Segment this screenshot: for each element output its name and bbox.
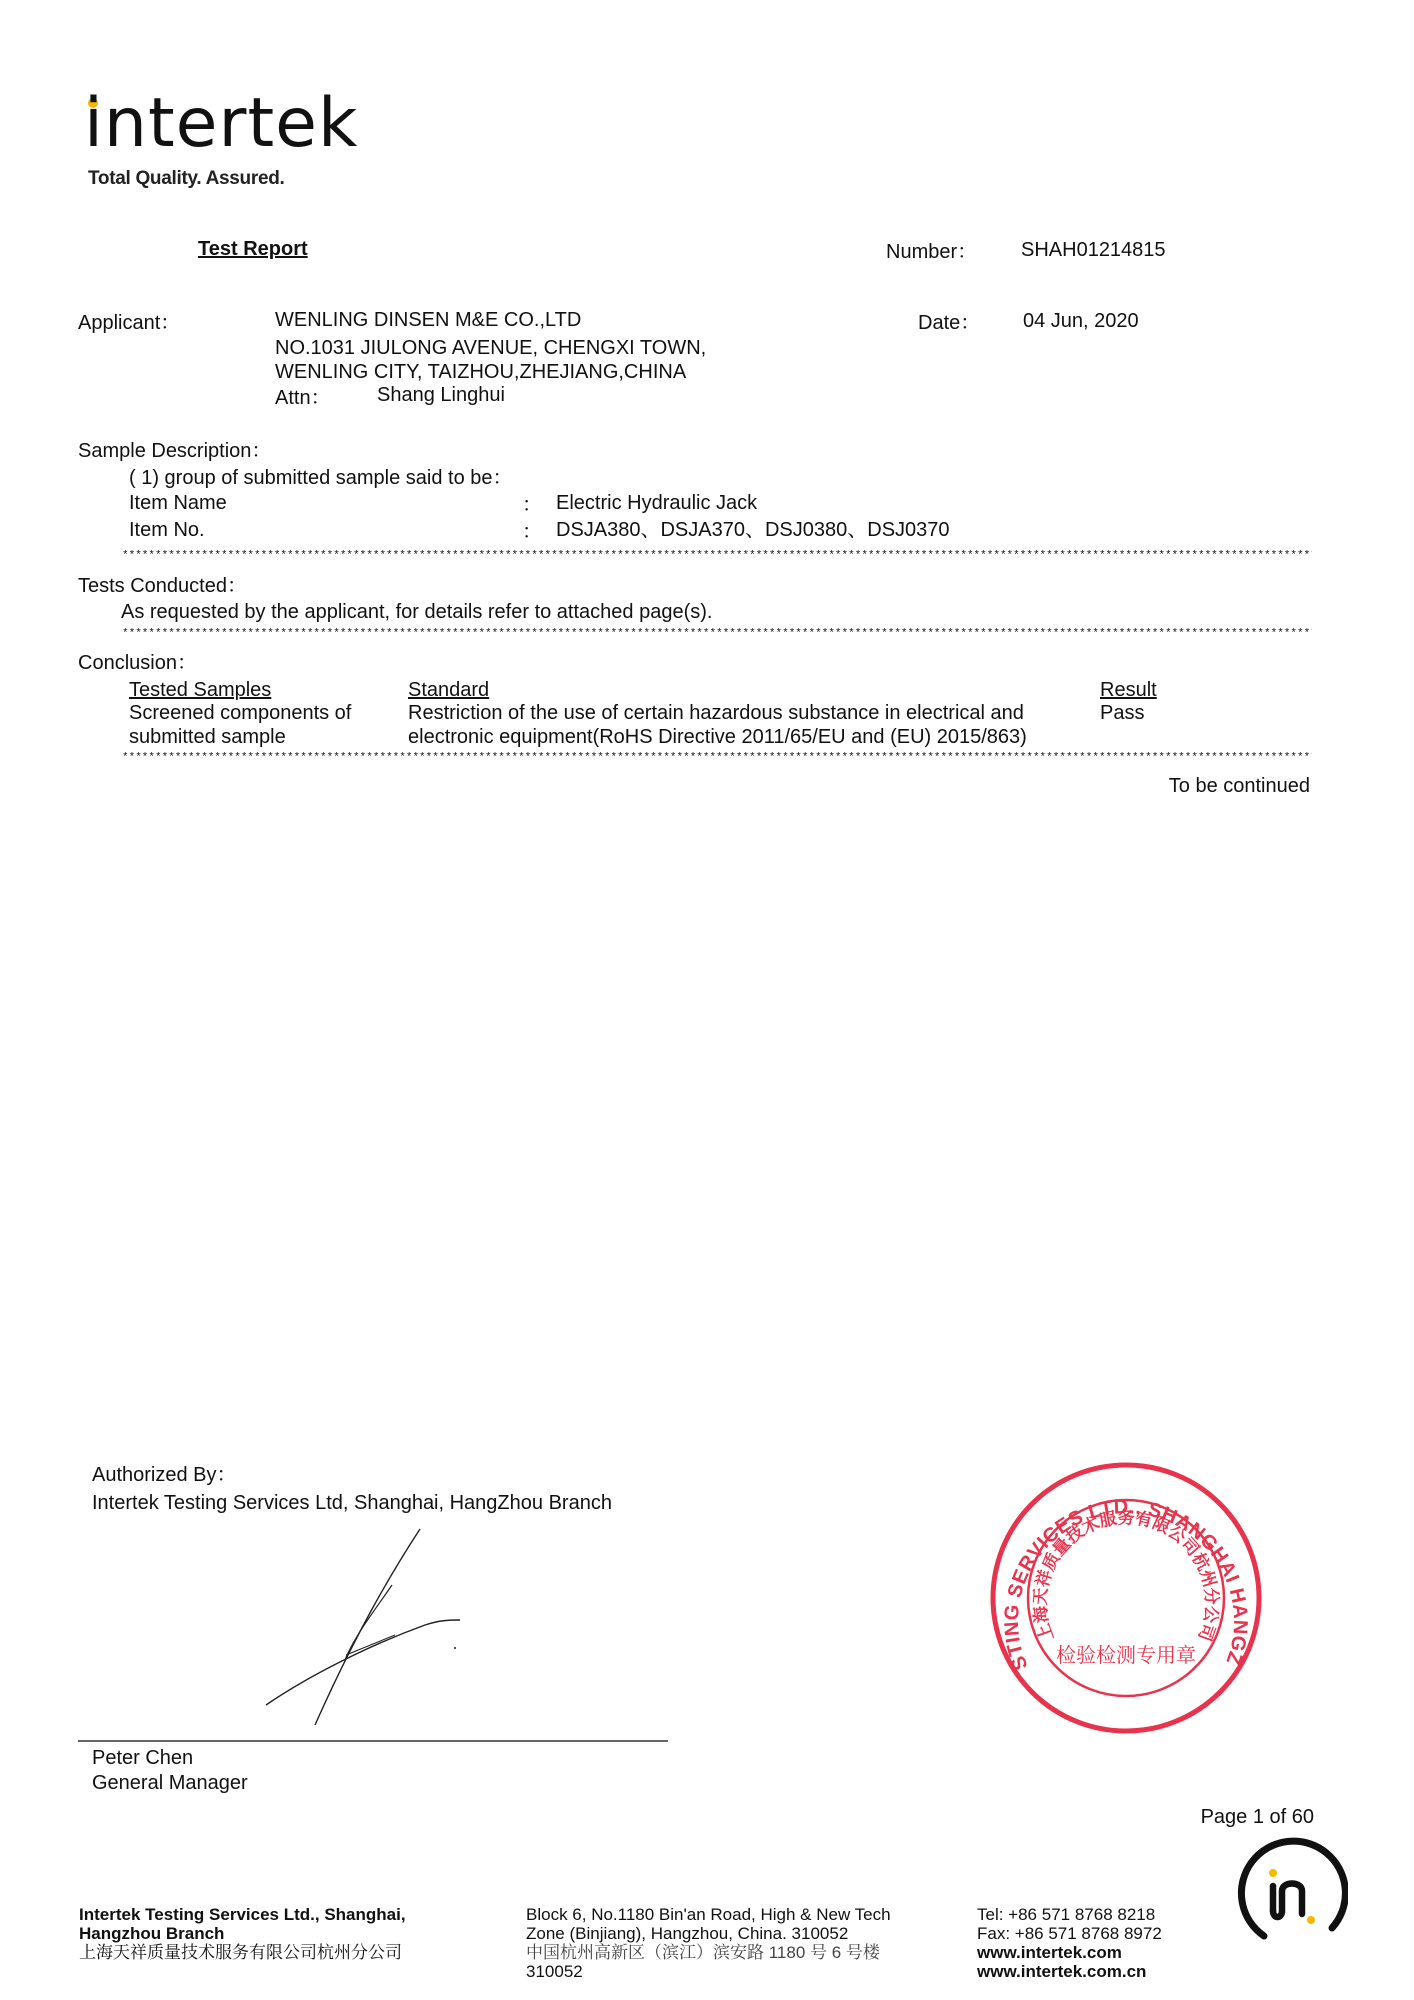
result-value: Pass	[1100, 701, 1144, 725]
col-header-result: Result	[1100, 678, 1157, 702]
company-seal-stamp: INTERTEK TESTING SERVICES LTD., SHANGHAI…	[990, 1462, 1262, 1734]
sample-intro: ( 1) group of submitted sample said to b…	[129, 466, 513, 490]
col-header-standard: Standard	[408, 678, 489, 702]
applicant-address-1: NO.1031 JIULONG AVENUE, CHENGXI TOWN,	[275, 336, 706, 360]
item-name-label: Item Name	[129, 491, 227, 515]
applicant-address-2: WENLING CITY, TAIZHOU,ZHEJIANG,CHINA	[275, 360, 686, 384]
conclusion-label: Conclusion：	[78, 651, 197, 675]
sample-description-label: Sample Description：	[78, 439, 271, 463]
separator: ****************************************…	[122, 550, 1312, 562]
footer-address-cn: 中国杭州高新区（滨江）滨安路 1180 号 6 号楼	[526, 1943, 880, 1962]
report-date: 04 Jun, 2020	[1023, 309, 1139, 333]
signatory-name: Peter Chen	[92, 1746, 193, 1770]
logo-tagline: Total Quality. Assured.	[88, 168, 285, 190]
footer-tel: Tel: +86 571 8768 8218	[977, 1905, 1155, 1924]
tests-conducted-label: Tests Conducted：	[78, 574, 247, 598]
intertek-circle-logo-icon	[1234, 1836, 1348, 1950]
item-no-label: Item No.	[129, 518, 205, 542]
intertek-logo: intertek	[84, 88, 358, 160]
separator: ****************************************…	[122, 752, 1312, 764]
footer-company-cn: 上海天祥质量技术服务有限公司杭州分公司	[79, 1943, 402, 1962]
col-header-tested-samples: Tested Samples	[129, 678, 271, 702]
attn-label: Attn：	[275, 386, 331, 410]
item-no-value: DSJA380、DSJA370、DSJ0380、DSJ0370	[556, 518, 950, 542]
applicant-company: WENLING DINSEN M&E CO.,LTD	[275, 308, 581, 332]
to-be-continued: To be continued	[1169, 774, 1310, 798]
number-label: Number：	[886, 240, 977, 264]
report-number: SHAH01214815	[1021, 238, 1166, 262]
tested-sample-line-2: submitted sample	[129, 725, 286, 749]
footer-website-cn[interactable]: www.intertek.com.cn	[977, 1962, 1146, 1981]
item-name-sep: ：	[522, 493, 542, 517]
page-title: Test Report	[198, 238, 308, 261]
footer-company-line-2: Hangzhou Branch	[79, 1924, 224, 1943]
page-number: Page 1 of 60	[1201, 1805, 1314, 1829]
footer-fax: Fax: +86 571 8768 8972	[977, 1924, 1162, 1943]
footer-address-line-1: Block 6, No.1180 Bin'an Road, High & New…	[526, 1905, 891, 1924]
footer-company-line-1: Intertek Testing Services Ltd., Shanghai…	[79, 1905, 406, 1924]
svg-text:检验检测专用章: 检验检测专用章	[1056, 1643, 1196, 1667]
attn-value: Shang Linghui	[377, 383, 505, 407]
standard-line-1: Restriction of the use of certain hazard…	[408, 701, 1024, 725]
signature	[260, 1525, 480, 1730]
signatory-role: General Manager	[92, 1771, 248, 1795]
footer-address-zip: 310052	[526, 1962, 583, 1981]
item-name-value: Electric Hydraulic Jack	[556, 491, 757, 515]
footer-address-line-2: Zone (Binjiang), Hangzhou, China. 310052	[526, 1924, 848, 1943]
authorized-by-label: Authorized By：	[92, 1463, 237, 1487]
standard-line-2: electronic equipment(RoHS Directive 2011…	[408, 725, 1027, 749]
date-label: Date：	[918, 311, 980, 335]
footer-website-com[interactable]: www.intertek.com	[977, 1943, 1122, 1962]
applicant-label: Applicant：	[78, 311, 180, 335]
tested-sample-line-1: Screened components of	[129, 701, 351, 725]
authorized-org: Intertek Testing Services Ltd, Shanghai,…	[92, 1491, 612, 1515]
signature-line	[78, 1740, 668, 1742]
tests-conducted-text: As requested by the applicant, for detai…	[121, 600, 712, 624]
separator: ****************************************…	[122, 628, 1312, 640]
item-no-sep: ：	[522, 520, 542, 544]
